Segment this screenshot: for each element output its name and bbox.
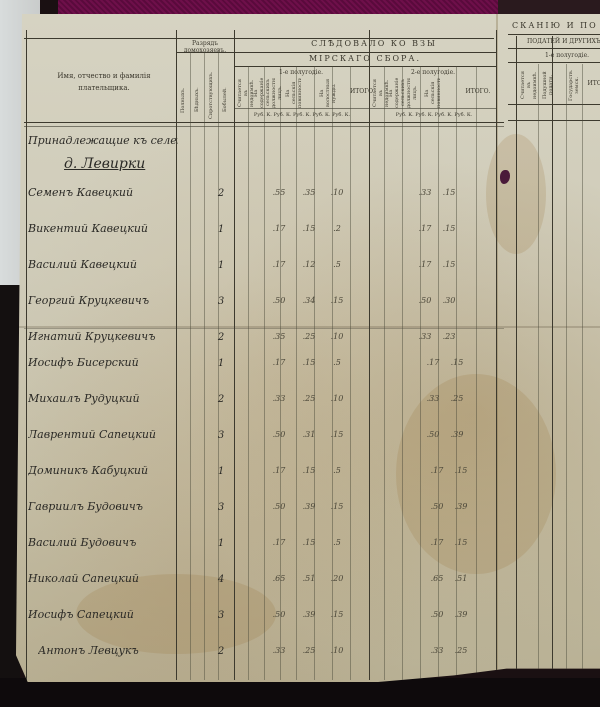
category-value: 3 bbox=[214, 502, 228, 513]
h1-value: .15 bbox=[324, 502, 350, 511]
h1-value: .15 bbox=[296, 224, 322, 233]
category-poor: Бѣдныхъ. bbox=[194, 80, 200, 120]
h1-value: .50 bbox=[266, 430, 292, 439]
h1-value: .51 bbox=[296, 574, 322, 583]
h2-value: .50 bbox=[424, 502, 450, 511]
rule bbox=[552, 36, 553, 682]
banner-left: СЛѢДОВАЛО КО ВЗЫ bbox=[254, 40, 494, 47]
h1-value: .17 bbox=[266, 358, 292, 367]
h2-value: .23 bbox=[436, 332, 462, 341]
payer-name: Георгий Круцкевичъ bbox=[28, 294, 178, 307]
table-row: Доминикъ Кабуцкий 1 .17 .15 .5 .17 .15 bbox=[24, 458, 504, 494]
rule bbox=[566, 64, 567, 682]
h1-value: .15 bbox=[296, 358, 322, 367]
payer-name: Василий Будовичъ bbox=[28, 536, 178, 549]
table-row: Николай Сапецкий 4 .65 .51 .20 .65 .51 bbox=[24, 566, 504, 602]
h1-value: .33 bbox=[266, 394, 292, 403]
payer-name: Игнатий Круцкевичъ bbox=[28, 330, 178, 343]
h1-value: .35 bbox=[296, 188, 322, 197]
category-value: 2 bbox=[214, 188, 228, 199]
background-top-right bbox=[498, 0, 600, 14]
household-category-header: Разрядъ домохозяевъ. bbox=[178, 40, 232, 54]
h1-value: .5 bbox=[324, 538, 350, 547]
h1-value: .55 bbox=[266, 188, 292, 197]
rule bbox=[508, 120, 600, 121]
h1-value: .15 bbox=[324, 296, 350, 305]
table-row: Иосифъ Сапецкий 3 .50 .39 .15 .50 .39 bbox=[24, 602, 504, 638]
h1-village-duties: На сельскія повинности. bbox=[285, 78, 303, 108]
rp-state-zemstvo: Государств. земск. bbox=[568, 68, 580, 102]
right-page: СКАНІЮ И ПО ПОДАТЕЙ И ДРУГИХЪ Б 1-е полу… bbox=[508, 14, 600, 682]
mirskoy-sbor-header: МІРСКАГО СБОРА. bbox=[236, 55, 494, 62]
h1-value: .50 bbox=[266, 610, 292, 619]
h2-value: .39 bbox=[444, 430, 470, 439]
table-row: Георгий Круцкевичъ 3 .50 .34 .15 .50 .30 bbox=[24, 288, 504, 324]
h2-value: .50 bbox=[412, 296, 438, 305]
payer-name: Иосифъ Сапецкий bbox=[28, 608, 178, 621]
table-row: Викентий Кавецкий 1 .17 .15 .2 .17 .15 bbox=[24, 216, 504, 252]
h2-value: .17 bbox=[412, 224, 438, 233]
h2-value: .30 bbox=[436, 296, 462, 305]
category-value: 1 bbox=[214, 260, 228, 271]
h1-value: .15 bbox=[296, 466, 322, 475]
category-value: 2 bbox=[214, 394, 228, 405]
h1-value: .10 bbox=[324, 332, 350, 341]
h2-value: .33 bbox=[412, 188, 438, 197]
table-row: Семенъ Кавецкий 2 .55 .35 .10 .33 .15 bbox=[24, 180, 504, 216]
h1-value: .15 bbox=[324, 610, 350, 619]
h1-value: .31 bbox=[296, 430, 322, 439]
h2-value: .17 bbox=[412, 260, 438, 269]
category-value: 4 bbox=[214, 574, 228, 585]
h2-value: .15 bbox=[444, 358, 470, 367]
name-column-header: Имя, отчество и фамилія плательщика. bbox=[44, 70, 164, 94]
h1-value: .50 bbox=[266, 296, 292, 305]
h2-value: .15 bbox=[448, 466, 474, 475]
h1-value: .35 bbox=[266, 332, 292, 341]
background-bottom bbox=[0, 678, 600, 707]
section-title-line1: Принадлежащие къ селенію bbox=[28, 134, 178, 147]
h2-officials: На содержаніе сельскихъ должностныхъ лиц… bbox=[388, 78, 418, 108]
h1-total: ИТОГО. bbox=[350, 88, 370, 95]
h1-value: .50 bbox=[266, 502, 292, 511]
payer-name: Николай Сапецкий bbox=[28, 572, 178, 585]
payer-name: Иосифъ Бисерский bbox=[28, 356, 178, 369]
h2-value: .25 bbox=[444, 394, 470, 403]
payer-name: Гавриилъ Будовичъ bbox=[28, 500, 178, 513]
table-row: Антонъ Левцукъ 2 .33 .25 .10 .33 .25 bbox=[24, 638, 504, 674]
category-value: 2 bbox=[214, 332, 228, 343]
h2-value: .50 bbox=[424, 610, 450, 619]
h2-value: .33 bbox=[420, 394, 446, 403]
h2-value: .50 bbox=[420, 430, 446, 439]
h1-value: .2 bbox=[324, 224, 350, 233]
h2-value: .15 bbox=[436, 260, 462, 269]
h1-value: .17 bbox=[266, 260, 292, 269]
h1-value: .25 bbox=[296, 646, 322, 655]
payer-name: Василий Кавецкий bbox=[28, 258, 178, 271]
rule bbox=[516, 36, 517, 682]
category-value: 1 bbox=[214, 466, 228, 477]
h2-currency: Руб. К. Руб. К. Руб. К. Руб. К. bbox=[374, 112, 494, 119]
rp-arrears: Считается въ недоимкѣ. bbox=[520, 68, 538, 102]
h2-value: .39 bbox=[448, 610, 474, 619]
h1-value: .17 bbox=[266, 538, 292, 547]
h2-value: .15 bbox=[436, 188, 462, 197]
payer-name: Викентий Кавецкий bbox=[28, 222, 178, 235]
h1-value: .5 bbox=[324, 358, 350, 367]
h2-village-duties: На сельскія повинности. bbox=[424, 78, 442, 108]
ledger-table: СЛѢДОВАЛО КО ВЗЫ Имя, отчество и фамилія… bbox=[24, 30, 504, 680]
payer-name: Доминикъ Кабуцкий bbox=[28, 464, 178, 477]
h1-value: .10 bbox=[324, 188, 350, 197]
section-title-row: Принадлежащие къ селенію bbox=[24, 130, 504, 152]
category-orphan: Сиротствующихъ. bbox=[208, 70, 214, 120]
h1-value: .33 bbox=[266, 646, 292, 655]
h2-value: .39 bbox=[448, 502, 474, 511]
h2-value: .17 bbox=[420, 358, 446, 367]
h2-value: .15 bbox=[436, 224, 462, 233]
rp-poll-tax: Подушной подати. bbox=[542, 68, 554, 102]
rule bbox=[234, 52, 496, 53]
rule bbox=[508, 62, 600, 63]
h2-value: .17 bbox=[424, 466, 450, 475]
h2-value: .51 bbox=[448, 574, 474, 583]
h1-value: .39 bbox=[296, 502, 322, 511]
table-row: Гавриилъ Будовичъ 3 .50 .39 .15 .50 .39 bbox=[24, 494, 504, 530]
h1-officials: На содержаніе сельскихъ должностныхъ лиц… bbox=[253, 78, 283, 108]
payer-name: Михаилъ Рудуцкий bbox=[28, 392, 178, 405]
payer-name: Антонъ Левцукъ bbox=[38, 644, 188, 657]
h1-value: .5 bbox=[324, 260, 350, 269]
rp-total: ИТОГО. bbox=[586, 80, 600, 87]
category-value: 1 bbox=[214, 538, 228, 549]
rule bbox=[508, 34, 600, 35]
payer-name: Семенъ Кавецкий bbox=[28, 186, 178, 199]
rule bbox=[538, 64, 539, 682]
payer-name: Лаврентий Сапецкий bbox=[28, 428, 178, 441]
ledger-sheet: СЛѢДОВАЛО КО ВЗЫ Имя, отчество и фамилія… bbox=[16, 14, 600, 682]
h2-value: .17 bbox=[424, 538, 450, 547]
category-value: 3 bbox=[214, 296, 228, 307]
h1-value: .25 bbox=[296, 394, 322, 403]
category-value: 3 bbox=[214, 610, 228, 621]
h1-value: .25 bbox=[296, 332, 322, 341]
category-full: Полныхъ. bbox=[180, 80, 186, 120]
h1-value: .17 bbox=[266, 466, 292, 475]
table-row: Лаврентий Сапецкий 3 .50 .31 .15 .50 .39 bbox=[24, 422, 504, 458]
table-row: Василий Будовичъ 1 .17 .15 .5 .17 .15 bbox=[24, 530, 504, 566]
category-value: 1 bbox=[214, 224, 228, 235]
h1-value: .12 bbox=[296, 260, 322, 269]
section-title-row: д. Левирки bbox=[24, 154, 504, 176]
h1-value: .65 bbox=[266, 574, 292, 583]
table-row: Михаилъ Рудуцкий 2 .33 .25 .10 .33 .25 bbox=[24, 386, 504, 422]
h2-value: .15 bbox=[448, 538, 474, 547]
right-page-title: ПОДАТЕЙ И ДРУГИХЪ Б bbox=[518, 38, 600, 45]
h1-volost-needs: На волостныя нужды. bbox=[319, 78, 337, 108]
h1-value: .5 bbox=[324, 466, 350, 475]
right-page-half1: 1-е полугодіе. bbox=[518, 52, 600, 59]
h1-value: .15 bbox=[296, 538, 322, 547]
category-value: 2 bbox=[214, 646, 228, 657]
table-row: Василий Кавецкий 1 .17 .12 .5 .17 .15 bbox=[24, 252, 504, 288]
half1-header: 1-е полугодіе. bbox=[236, 69, 366, 76]
h2-total: ИТОГО. bbox=[460, 88, 496, 95]
section-title-village: д. Левирки bbox=[64, 156, 214, 172]
category-value: 3 bbox=[214, 430, 228, 441]
rule bbox=[508, 48, 600, 49]
h1-value: .10 bbox=[324, 394, 350, 403]
h2-value: .65 bbox=[424, 574, 450, 583]
h2-value: .33 bbox=[412, 332, 438, 341]
h1-value: .34 bbox=[296, 296, 322, 305]
category-value: 1 bbox=[214, 358, 228, 369]
h1-value: .10 bbox=[324, 646, 350, 655]
category-landless: Бобылей. bbox=[222, 80, 228, 120]
banner-right: СКАНІЮ И ПО bbox=[512, 22, 600, 29]
h1-value: .17 bbox=[266, 224, 292, 233]
rule bbox=[508, 104, 600, 105]
h1-currency: Руб. К. Руб. К. Руб. К. Руб. К. Руб. К. bbox=[238, 112, 366, 119]
table-row: Иосифъ Бисерский 1 .17 .15 .5 .17 .15 bbox=[24, 350, 504, 386]
h1-value: .15 bbox=[324, 430, 350, 439]
h1-value: .20 bbox=[324, 574, 350, 583]
h2-value: .25 bbox=[448, 646, 474, 655]
h2-value: .33 bbox=[424, 646, 450, 655]
half2-header: 2-е полугодіе. bbox=[372, 69, 494, 76]
h1-value: .39 bbox=[296, 610, 322, 619]
rule bbox=[582, 64, 583, 682]
